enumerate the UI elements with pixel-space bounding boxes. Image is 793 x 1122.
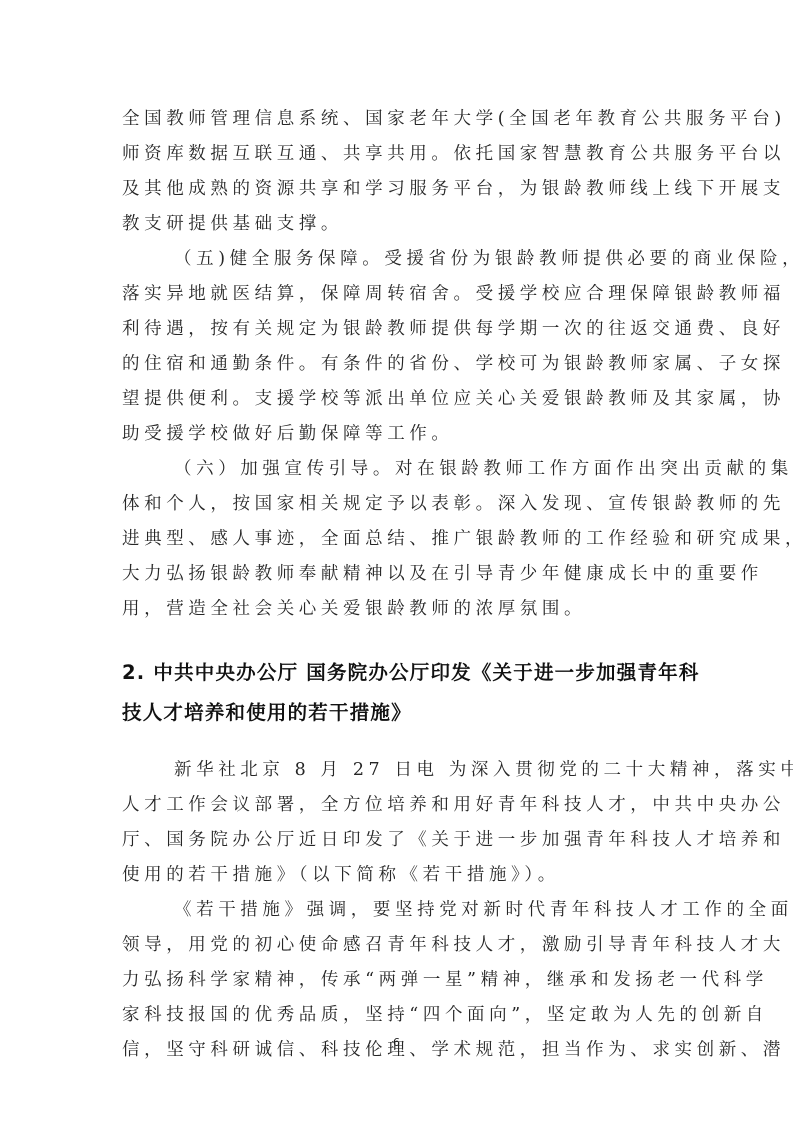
text-line: 家科技报国的优秀品质，坚持“四个面向”，坚定敢为人先的创新自 [122,998,674,1033]
paragraph-news-lead: 新华社北京 8 月 27 日电 为深入贯彻党的二十大精神，落实中央 人才工作会议… [122,753,674,893]
page-number: 6 [0,1036,793,1049]
text-line: 助受援学校做好后勤保障等工作。 [122,417,674,452]
text-line: 大力弘扬银龄教师奉献精神以及在引导青少年健康成长中的重要作 [122,557,674,592]
text-line: 利待遇，按有关规定为银龄教师提供每学期一次的往返交通费、良好 [122,312,674,347]
paragraph-platform-continuation: 全国教师管理信息系统、国家老年大学(全国老年教育公共服务平台) 师资库数据互联互… [122,102,674,242]
document-page: 全国教师管理信息系统、国家老年大学(全国老年教育公共服务平台) 师资库数据互联互… [0,0,793,1122]
text-line: （五)健全服务保障。受援省份为银龄教师提供必要的商业保险， [122,242,674,277]
text-line: 望提供便利。支援学校等派出单位应关心关爱银龄教师及其家属，协 [122,382,674,417]
text-line: 用，营造全社会关心关爱银龄教师的浓厚氛围。 [122,592,674,627]
paragraph-section-5: （五)健全服务保障。受援省份为银龄教师提供必要的商业保险， 落实异地就医结算，保… [122,242,674,452]
text-line: 使用的若干措施》（以下简称《若干措施》）。 [122,858,674,893]
text-line: 落实异地就医结算，保障周转宿舍。受援学校应合理保障银龄教师福 [122,277,674,312]
text-line: （六）加强宣传引导。对在银龄教师工作方面作出突出贡献的集 [122,452,674,487]
text-line: 及其他成熟的资源共享和学习服务平台，为银龄教师线上线下开展支 [122,172,674,207]
text-line: 领导，用党的初心使命感召青年科技人才，激励引导青年科技人才大 [122,928,674,963]
text-line: 《若干措施》强调，要坚持党对新时代青年科技人才工作的全面 [122,893,674,928]
text-line: 力弘扬科学家精神，传承“两弹一星”精神，继承和发扬老一代科学 [122,963,674,998]
heading-line: 2. 中共中央办公厅 国务院办公厅印发《关于进一步加强青年科 [122,653,674,693]
text-line: 厅、国务院办公厅近日印发了《关于进一步加强青年科技人才培养和 [122,823,674,858]
page-content: 全国教师管理信息系统、国家老年大学(全国老年教育公共服务平台) 师资库数据互联互… [122,102,674,1068]
paragraph-section-6: （六）加强宣传引导。对在银龄教师工作方面作出突出贡献的集 体和个人，按国家相关规… [122,452,674,627]
text-line: 体和个人，按国家相关规定予以表彰。深入发现、宣传银龄教师的先 [122,487,674,522]
text-line: 人才工作会议部署，全方位培养和用好青年科技人才，中共中央办公 [122,788,674,823]
section-heading: 2. 中共中央办公厅 国务院办公厅印发《关于进一步加强青年科 技人才培养和使用的… [122,653,674,733]
text-line: 新华社北京 8 月 27 日电 为深入贯彻党的二十大精神，落实中央 [122,753,674,788]
text-line: 进典型、感人事迹，全面总结、推广银龄教师的工作经验和研究成果， [122,522,674,557]
text-line: 教支研提供基础支撑。 [122,207,674,242]
text-line: 师资库数据互联互通、共享共用。依托国家智慧教育公共服务平台以 [122,137,674,172]
heading-line: 技人才培养和使用的若干措施》 [122,693,674,733]
text-line: 的住宿和通勤条件。有条件的省份、学校可为银龄教师家属、子女探 [122,347,674,382]
text-line: 全国教师管理信息系统、国家老年大学(全国老年教育公共服务平台) [122,102,674,137]
